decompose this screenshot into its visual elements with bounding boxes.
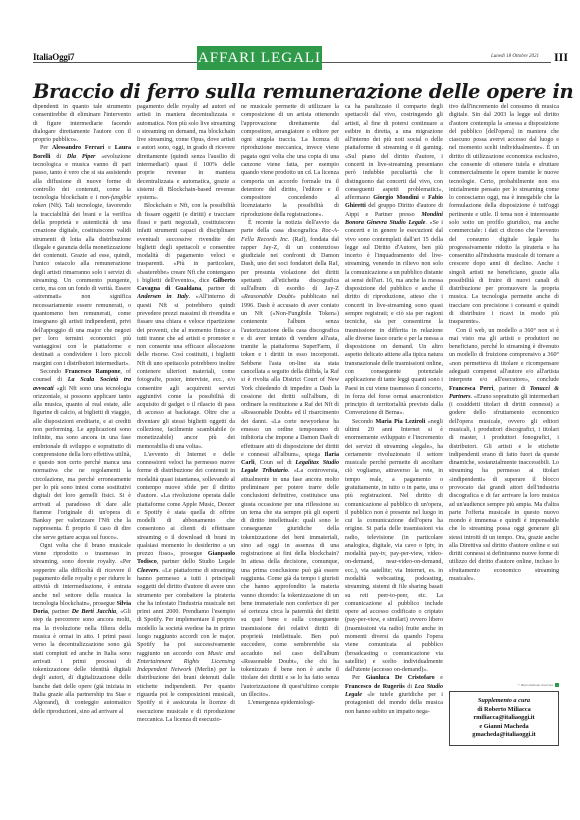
issue-date: Lunedì 18 Ottobre 2021 bbox=[488, 54, 542, 59]
article-paragraph: pagamento delle royalty ad autori ed art… bbox=[137, 103, 235, 202]
article-paragraph: Per Alessandro Ferrari e Laura Borelli d… bbox=[33, 144, 131, 368]
article-column-1: dipendenti in quanto tale strumento cons… bbox=[33, 103, 131, 815]
article-paragraph: Secondo Francesco Rampone, of counsel di… bbox=[33, 368, 131, 542]
credits-email-2[interactable]: gmacheda@italiaoggi.it bbox=[454, 731, 554, 740]
credits-editor-2: e Gianni Macheda bbox=[454, 723, 554, 732]
article-paragraph: Per Gianluca De Cristofaro e Francesco d… bbox=[345, 674, 443, 715]
article-paragraph: L'avvento di Internet e delle connession… bbox=[137, 451, 235, 724]
supplement-credits-box: Supplemento a cura di Roberto Miliacca r… bbox=[449, 691, 559, 746]
article-column-2: pagamento delle royalty ad autori ed art… bbox=[137, 103, 235, 815]
article-paragraph: ne musicale permette di utilizzare la co… bbox=[241, 103, 339, 219]
article-column-5-text: tivo dall'incremento del consumo di musi… bbox=[449, 103, 559, 681]
section-tag: AFFARI LEGALI bbox=[197, 46, 322, 70]
article-paragraph: Con il web, un modello a 360° non si è m… bbox=[449, 327, 559, 584]
credits-label: Supplemento a cura bbox=[454, 697, 554, 706]
article-paragraph: ca ha paralizzato il comparto degli spet… bbox=[345, 103, 443, 418]
publication-logo: ItaliaOggi7 bbox=[33, 52, 78, 62]
copyright-note: © Riproduzione riservata bbox=[449, 681, 559, 689]
end-mark-icon bbox=[555, 683, 559, 687]
credits-email-1[interactable]: rmiliacca@italiaoggi.it bbox=[454, 714, 554, 723]
article-paragraph: dipendenti in quanto tale strumento cons… bbox=[33, 103, 131, 144]
article-column-5: tivo dall'incremento del consumo di musi… bbox=[449, 103, 559, 815]
article-paragraph: È recente la notizia dell'avvio da parte… bbox=[241, 219, 339, 699]
article-paragraph: Blockchain e Nft, con la possibilità di … bbox=[137, 202, 235, 450]
credits-editor-1: di Roberto Miliacca bbox=[454, 706, 554, 715]
article-paragraph: Ogni volta che il brano musicale viene r… bbox=[33, 542, 131, 716]
article-body: dipendenti in quanto tale strumento cons… bbox=[33, 103, 568, 815]
copyright-text: © Riproduzione riservata bbox=[517, 683, 553, 687]
article-headline: Braccio di ferro sulla remunerazione del… bbox=[33, 80, 568, 103]
article-paragraph: L'emergenza epidemiologi- bbox=[241, 699, 339, 707]
page-number: III bbox=[551, 50, 568, 65]
article-paragraph: Secondo Maria Pia Leziroli «negli ultimi… bbox=[345, 418, 443, 675]
article-paragraph: tivo dall'incremento del consumo di musi… bbox=[449, 103, 559, 327]
article-column-3: ne musicale permette di utilizzare la co… bbox=[241, 103, 339, 815]
article-column-4: ca ha paralizzato il comparto degli spet… bbox=[345, 103, 443, 815]
masthead: ItaliaOggi7 AFFARI LEGALI Lunedì 18 Otto… bbox=[33, 40, 568, 72]
